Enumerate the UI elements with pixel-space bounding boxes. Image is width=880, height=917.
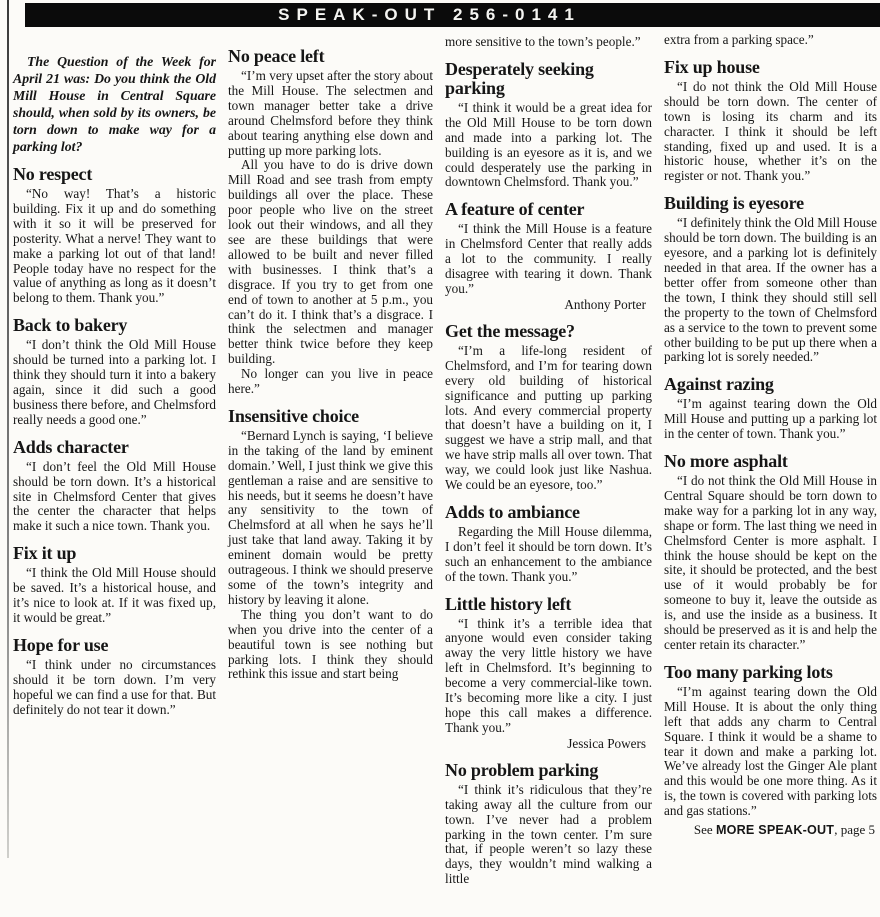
section-paragraph: No longer can you live in peace here.” <box>228 367 433 397</box>
section-paragraph: “I think it’s ridiculous that they’re ta… <box>445 783 652 887</box>
continued-prefix: See <box>694 822 716 837</box>
column-rule <box>7 0 9 858</box>
section-paragraph: “I think under no circumstances should i… <box>13 658 216 718</box>
section-heading: Hope for use <box>13 636 216 655</box>
continued-suffix: , page 5 <box>834 822 875 837</box>
section-heading: Insensitive choice <box>228 407 433 426</box>
question-of-week: The Question of the Week for April 21 wa… <box>13 53 216 155</box>
section-paragraph: “I’m a life-long resident of Chelmsford,… <box>445 344 652 493</box>
section-paragraph: “I’m against tearing down the Old Mill H… <box>664 685 877 819</box>
section-paragraph: “I think it would be a great idea for th… <box>445 101 652 190</box>
section-heading: Adds to ambiance <box>445 503 652 522</box>
section-paragraph: “I think the Mill House is a feature in … <box>445 222 652 297</box>
byline: Jessica Powers <box>445 736 646 751</box>
banner-title: SPEAK-OUT 256-0141 <box>278 5 627 25</box>
section-heading: Fix it up <box>13 544 216 563</box>
newspaper-page: SPEAK-OUT 256-0141 The Question of the W… <box>0 0 880 917</box>
section-paragraph: “I think the Old Mill House should be sa… <box>13 566 216 626</box>
section-heading: Little history left <box>445 595 652 614</box>
continued-paragraph: extra from a parking space.” <box>664 33 877 48</box>
section-heading: No peace left <box>228 47 433 66</box>
section-heading: No problem parking <box>445 761 652 780</box>
section-paragraph: “I don’t think the Old Mill House should… <box>13 338 216 427</box>
column-3: more sensitive to the town’s people.”Des… <box>445 31 652 917</box>
section-paragraph: The thing you don’t want to do when you … <box>228 608 433 683</box>
column-2: No peace left“I’m very upset after the s… <box>228 31 433 917</box>
column-1: The Question of the Week for April 21 wa… <box>13 31 216 917</box>
continued-notice: See MORE SPEAK-OUT, page 5 <box>664 822 875 838</box>
section-heading: Too many parking lots <box>664 663 877 682</box>
section-heading: A feature of center <box>445 200 652 219</box>
section-heading: Building is eyesore <box>664 194 877 213</box>
continued-paragraph: more sensitive to the town’s people.” <box>445 35 652 50</box>
section-paragraph: “I do not think the Old Mill House in Ce… <box>664 474 877 653</box>
section-heading: No more asphalt <box>664 452 877 471</box>
section-paragraph: “I’m very upset after the story about th… <box>228 69 433 158</box>
section-paragraph: “No way! That’s a historic building. Fix… <box>13 187 216 306</box>
continued-title: MORE SPEAK-OUT <box>716 823 834 837</box>
section-paragraph: “I don’t feel the Old Mill House should … <box>13 460 216 535</box>
section-heading: Against razing <box>664 375 877 394</box>
section-paragraph: “Bernard Lynch is saying, ‘I believe in … <box>228 429 433 608</box>
section-heading: Fix up house <box>664 58 877 77</box>
speakout-banner: SPEAK-OUT 256-0141 <box>25 3 880 27</box>
section-paragraph: All you have to do is drive down Mill Ro… <box>228 158 433 367</box>
byline: Anthony Porter <box>445 297 646 312</box>
section-paragraph: “I think it’s a terrible idea that anyon… <box>445 617 652 736</box>
section-paragraph: “I definitely think the Old Mill House s… <box>664 216 877 365</box>
section-heading: Get the message? <box>445 322 652 341</box>
section-paragraph: Regarding the Mill House dilemma, I don’… <box>445 525 652 585</box>
section-paragraph: “I’m against tearing down the Old Mill H… <box>664 397 877 442</box>
section-heading: Adds character <box>13 438 216 457</box>
article-columns: The Question of the Week for April 21 wa… <box>13 31 877 917</box>
column-4: extra from a parking space.”Fix up house… <box>664 31 877 917</box>
section-heading: Back to bakery <box>13 316 216 335</box>
section-heading: No respect <box>13 165 216 184</box>
section-paragraph: “I do not think the Old Mill House shoul… <box>664 80 877 184</box>
section-heading: Desperately seeking parking <box>445 60 652 98</box>
